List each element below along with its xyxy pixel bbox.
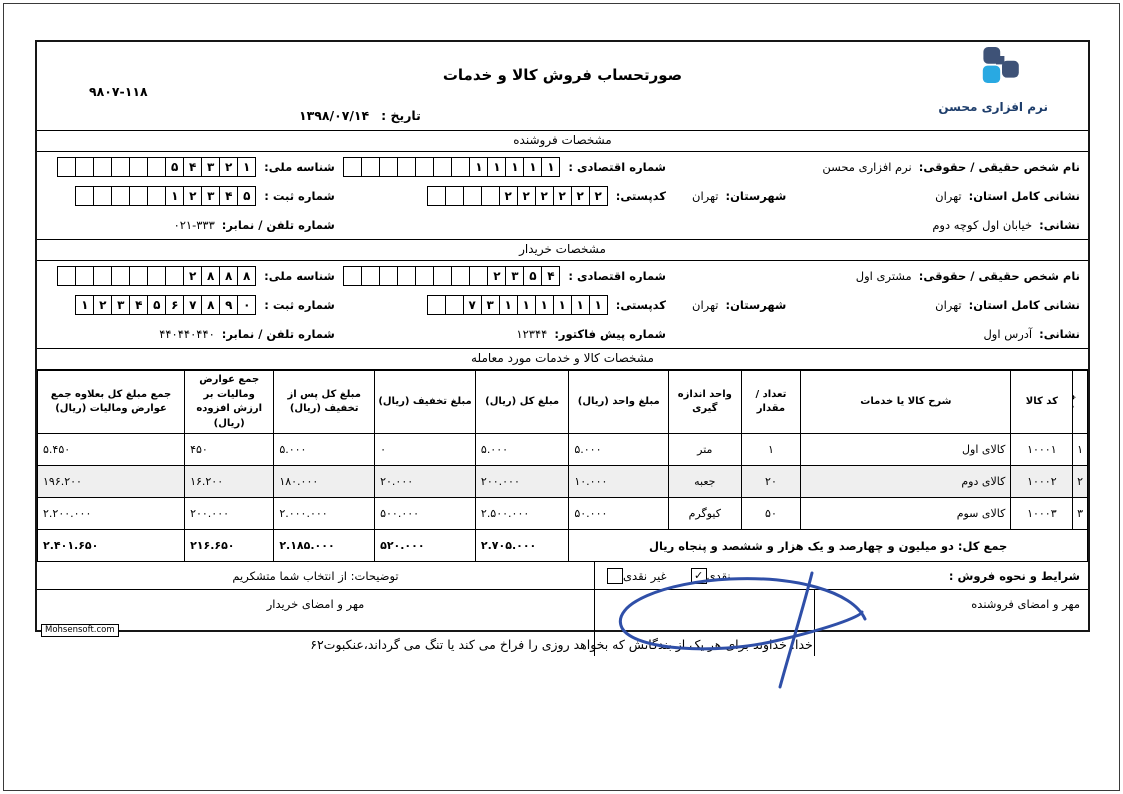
seller-county-value: تهران <box>692 189 719 203</box>
item-cell: ۴۵۰ <box>185 434 274 466</box>
notes-text: توضیحات: از انتخاب شما متشکریم <box>37 569 594 583</box>
digit-box: ۷ <box>183 295 202 315</box>
item-cell: ۱۸۰.۰۰۰ <box>274 466 375 498</box>
cash-option: نقدی ✓ <box>685 568 731 584</box>
digit-box <box>111 157 130 177</box>
total-cell: ۲.۴۰۱.۶۵۰ <box>38 530 185 562</box>
digit-box: ۷ <box>463 295 482 315</box>
item-cell: متر <box>669 434 741 466</box>
seller-national-id-label: شناسه ملی: <box>264 160 335 174</box>
seller-address-value: خیابان اول کوچه دوم <box>932 218 1032 232</box>
total-cell: ۲۱۶.۶۵۰ <box>185 530 274 562</box>
digit-box: ۲ <box>499 186 518 206</box>
digit-box <box>75 157 94 177</box>
item-cell: ۲ <box>1073 466 1088 498</box>
invoice-page: { "page": { "title": "صورتحساب فروش کالا… <box>0 0 1123 794</box>
digit-box: ۱ <box>571 295 590 315</box>
digit-box <box>415 157 434 177</box>
digit-box: ۱ <box>541 157 560 177</box>
digit-box <box>427 295 446 315</box>
buyer-economic-number-boxes: ۲۳۵۴ <box>343 266 560 286</box>
digit-box <box>93 157 112 177</box>
seller-province-label: نشانی کامل استان: <box>969 189 1080 203</box>
digit-box: ۴ <box>183 157 202 177</box>
items-table-header-row: ردیفکد کالاشرح کالا یا خدماتتعداد /مقدار… <box>38 371 1088 434</box>
digit-box <box>147 186 166 206</box>
seller-phone-value: ۰۲۱-۳۳۳ <box>174 218 215 232</box>
item-cell: ۲۰۰.۰۰۰ <box>475 466 568 498</box>
item-row: ۱۱۰۰۰۱کالای اول۱متر۵.۰۰۰۵.۰۰۰۰۵.۰۰۰۴۵۰۵.… <box>38 434 1088 466</box>
items-column-header: مبلغ واحد (ریال) <box>569 371 669 434</box>
item-cell: ۱۰۰۰۲ <box>1011 466 1073 498</box>
buyer-phone-value: ۴۴۰۴۴۰۴۴۰ <box>159 327 215 341</box>
digit-box <box>57 157 76 177</box>
buyer-province-label: نشانی کامل استان: <box>969 298 1080 312</box>
items-column-header: ردیف <box>1073 371 1088 434</box>
item-cell: ۱۶.۲۰۰ <box>185 466 274 498</box>
digit-box: ۴ <box>541 266 560 286</box>
buyer-postal-code-boxes: ۷۳۱۱۱۱۱۱ <box>427 295 608 315</box>
digit-box: ۱ <box>75 295 94 315</box>
digit-box <box>379 266 398 286</box>
digit-box: ۱ <box>237 157 256 177</box>
digit-box: ۱ <box>589 295 608 315</box>
items-column-header: مبلغ کل پس از تخفیف (ریال) <box>274 371 375 434</box>
item-cell: ۲۰ <box>741 466 801 498</box>
digit-box: ۲ <box>535 186 554 206</box>
digit-box <box>451 157 470 177</box>
items-column-header: جمع عوارض ومالیات بر ارزش افزوده (ریال) <box>185 371 274 434</box>
seller-economic-number-label: شماره اقتصادی : <box>568 160 666 174</box>
seller-name-value: نرم افزاری محسن <box>822 160 911 174</box>
item-cell: ۲.۰۰۰.۰۰۰ <box>274 498 375 530</box>
digit-box <box>427 186 446 206</box>
items-section-title: مشخصات کالا و خدمات مورد معامله <box>37 348 1088 370</box>
digit-box: ۲ <box>93 295 112 315</box>
seller-phone-label: شماره تلفن / نمابر: <box>222 218 335 232</box>
digit-box: ۸ <box>201 295 220 315</box>
digit-box <box>111 186 130 206</box>
digit-box: ۸ <box>201 266 220 286</box>
buyer-national-id-label: شناسه ملی: <box>264 269 335 283</box>
cash-option-label: نقدی <box>707 569 731 583</box>
digit-box: ۲ <box>487 266 506 286</box>
item-cell: ۵.۰۰۰ <box>569 434 669 466</box>
buyer-name-label: نام شخص حقیقی / حقوقی: <box>919 269 1080 283</box>
item-cell: ۲۰.۰۰۰ <box>375 466 476 498</box>
terms-row: شرایط و نحوه فروش : نقدی ✓ غیر نقدی توضی… <box>37 562 1088 589</box>
digit-box: ۵ <box>165 157 184 177</box>
items-column-header: مبلغ کل (ریال) <box>475 371 568 434</box>
digit-box: ۱ <box>499 295 518 315</box>
seller-postal-code-label: کدپستی: <box>616 189 666 203</box>
digit-box <box>463 186 482 206</box>
buyer-province-value: تهران <box>935 298 962 312</box>
digit-box: ۵ <box>237 186 256 206</box>
digit-box <box>343 157 362 177</box>
digit-box: ۵ <box>523 266 542 286</box>
digit-box: ۲ <box>571 186 590 206</box>
item-row: ۲۱۰۰۰۲کالای دوم۲۰جعبه۱۰.۰۰۰۲۰۰.۰۰۰۲۰.۰۰۰… <box>38 466 1088 498</box>
total-cell: ۲.۷۰۵.۰۰۰ <box>475 530 568 562</box>
digit-box: ۴ <box>129 295 148 315</box>
digit-box: ۶ <box>165 295 184 315</box>
digit-box <box>129 157 148 177</box>
totals-row: جمع کل: دو میلیون و چهارصد و یک هزار و ش… <box>38 530 1088 562</box>
buyer-postal-code-label: کدپستی: <box>616 298 666 312</box>
digit-box: ۲ <box>219 157 238 177</box>
proforma-number-value: ۱۲۳۴۴ <box>516 327 547 341</box>
seller-economic-number-boxes: ۱۱۱۱۱ <box>343 157 560 177</box>
digit-box <box>433 157 452 177</box>
item-cell: کیوگرم <box>669 498 741 530</box>
date-label: تاریخ : <box>381 108 421 123</box>
digit-box <box>469 266 488 286</box>
item-cell: ۱۹۶.۲۰۰ <box>38 466 185 498</box>
digit-box: ۲ <box>183 266 202 286</box>
digit-box: ۳ <box>201 186 220 206</box>
digit-box <box>397 266 416 286</box>
digit-box <box>93 266 112 286</box>
digit-box <box>415 266 434 286</box>
seller-name-label: نام شخص حقیقی / حقوقی: <box>919 160 1080 174</box>
digit-box <box>481 186 500 206</box>
buyer-phone-label: شماره تلفن / نمابر: <box>222 327 335 341</box>
digit-box: ۱ <box>165 186 184 206</box>
digit-box: ۳ <box>201 157 220 177</box>
digit-box <box>433 266 452 286</box>
invoice-header: نرم افزاری محسن صورتحساب فروش کالا و خدم… <box>37 42 1088 130</box>
buyer-county-value: تهران <box>692 298 719 312</box>
buyer-registration-number-boxes: ۱۲۳۴۵۶۷۸۹۰ <box>75 295 256 315</box>
buyer-address-value: آدرس اول <box>983 327 1032 341</box>
item-cell: ۱۰۰۰۱ <box>1011 434 1073 466</box>
digit-box <box>445 295 464 315</box>
digit-box: ۱ <box>487 157 506 177</box>
seller-section-title: مشخصات فروشنده <box>37 130 1088 152</box>
item-cell: ۰ <box>375 434 476 466</box>
seller-postal-code-boxes: ۲۲۲۲۲۲ <box>427 186 608 206</box>
items-column-header: جمع مبلغ کل بعلاوه جمع عوارض ومالیات (ری… <box>38 371 185 434</box>
item-cell: ۱۰۰۰۳ <box>1011 498 1073 530</box>
digit-box <box>379 157 398 177</box>
seller-registration-number-boxes: ۱۲۳۴۵ <box>75 186 256 206</box>
cash-checkbox[interactable]: ✓ <box>691 568 707 584</box>
invoice-document: نرم افزاری محسن صورتحساب فروش کالا و خدم… <box>35 40 1090 632</box>
noncash-option: غیر نقدی <box>601 568 667 584</box>
item-cell: ۵.۰۰۰ <box>475 434 568 466</box>
buyer-section-title: مشخصات خریدار <box>37 239 1088 261</box>
logo-brand-text: نرم افزاری محسن <box>944 100 1048 114</box>
buyer-section: نام شخص حقیقی / حقوقی: مشتری اول شماره ا… <box>37 261 1088 348</box>
terms-label: شرایط و نحوه فروش : <box>949 569 1080 583</box>
digit-box: ۳ <box>505 266 524 286</box>
date-value: ۱۳۹۸/۰۷/۱۴ <box>299 108 369 123</box>
total-in-words: جمع کل: دو میلیون و چهارصد و یک هزار و ش… <box>569 530 1088 562</box>
digit-box: ۸ <box>219 266 238 286</box>
item-cell: ۱۰.۰۰۰ <box>569 466 669 498</box>
digit-box: ۹ <box>219 295 238 315</box>
digit-box: ۳ <box>481 295 500 315</box>
item-cell: کالای دوم <box>801 466 1011 498</box>
digit-box: ۲ <box>553 186 572 206</box>
buyer-registration-number-label: شماره ثبت : <box>264 298 335 312</box>
item-cell: ۵۰ <box>741 498 801 530</box>
items-column-header: کد کالا <box>1011 371 1073 434</box>
digit-box <box>361 157 380 177</box>
item-cell: کالای اول <box>801 434 1011 466</box>
digit-box <box>147 266 166 286</box>
terms-cell: شرایط و نحوه فروش : نقدی ✓ غیر نقدی <box>594 562 1088 589</box>
digit-box <box>397 157 416 177</box>
item-cell: ۱ <box>741 434 801 466</box>
digit-box: ۱ <box>553 295 572 315</box>
invoice-date: تاریخ : ۱۳۹۸/۰۷/۱۴ <box>299 108 421 123</box>
buyer-address-label: نشانی: <box>1039 327 1080 341</box>
digit-box: ۱ <box>523 157 542 177</box>
digit-box: ۰ <box>237 295 256 315</box>
digit-box: ۱ <box>535 295 554 315</box>
item-cell: ۵.۰۰۰ <box>274 434 375 466</box>
digit-box: ۵ <box>147 295 166 315</box>
digit-box: ۱ <box>517 295 536 315</box>
seller-county-label: شهرستان: <box>726 189 787 203</box>
item-cell: ۲۰۰.۰۰۰ <box>185 498 274 530</box>
digit-box <box>57 266 76 286</box>
item-cell: ۳ <box>1073 498 1088 530</box>
digit-box: ۸ <box>237 266 256 286</box>
digit-box: ۲ <box>589 186 608 206</box>
items-table: ردیفکد کالاشرح کالا یا خدماتتعداد /مقدار… <box>37 370 1088 562</box>
digit-box <box>129 266 148 286</box>
seller-address-label: نشانی: <box>1039 218 1080 232</box>
invoice-title: صورتحساب فروش کالا و خدمات <box>37 66 1088 84</box>
buyer-national-id-boxes: ۲۸۸۸ <box>57 266 256 286</box>
digit-box <box>75 186 94 206</box>
digit-box: ۱ <box>505 157 524 177</box>
item-cell: ۱ <box>1073 434 1088 466</box>
items-column-header: مبلغ تخفیف (ریال) <box>375 371 476 434</box>
item-cell: ۵۰.۰۰۰ <box>569 498 669 530</box>
website-watermark: Mohsensoft.com <box>41 624 119 637</box>
digit-box: ۴ <box>219 186 238 206</box>
digit-box: ۱ <box>469 157 488 177</box>
footer-quote: خدا: خداوند برای هر یک از بندگانش که بخو… <box>0 637 1123 652</box>
seller-registration-number-label: شماره ثبت : <box>264 189 335 203</box>
seller-section: نام شخص حقیقی / حقوقی: نرم افزاری محسن ش… <box>37 152 1088 239</box>
digit-box <box>445 186 464 206</box>
digit-box: ۲ <box>517 186 536 206</box>
item-cell: ۵۰۰.۰۰۰ <box>375 498 476 530</box>
digit-box <box>75 266 94 286</box>
buyer-county-label: شهرستان: <box>726 298 787 312</box>
digit-box <box>361 266 380 286</box>
total-cell: ۲.۱۸۵.۰۰۰ <box>274 530 375 562</box>
digit-box <box>343 266 362 286</box>
item-row: ۳۱۰۰۰۳کالای سوم۵۰کیوگرم۵۰.۰۰۰۲.۵۰۰.۰۰۰۵۰… <box>38 498 1088 530</box>
noncash-checkbox[interactable] <box>607 568 623 584</box>
digit-box <box>111 266 130 286</box>
digit-box <box>451 266 470 286</box>
seller-province-value: تهران <box>935 189 962 203</box>
item-cell: ۲.۲۰۰.۰۰۰ <box>38 498 185 530</box>
digit-box: ۲ <box>183 186 202 206</box>
noncash-option-label: غیر نقدی <box>623 569 667 583</box>
item-cell: کالای سوم <box>801 498 1011 530</box>
item-cell: ۲.۵۰۰.۰۰۰ <box>475 498 568 530</box>
digit-box: ۳ <box>111 295 130 315</box>
buyer-name-value: مشتری اول <box>856 269 912 283</box>
items-column-header: تعداد /مقدار <box>741 371 801 434</box>
buyer-economic-number-label: شماره اقتصادی : <box>568 269 666 283</box>
seller-national-id-boxes: ۵۴۳۲۱ <box>57 157 256 177</box>
total-cell: ۵۲۰.۰۰۰ <box>375 530 476 562</box>
digit-box <box>165 266 184 286</box>
invoice-number: ۹۸۰۷-۱۱۸ <box>89 84 148 99</box>
digit-box <box>93 186 112 206</box>
digit-box <box>147 157 166 177</box>
item-cell: جعبه <box>669 466 741 498</box>
digit-box <box>129 186 148 206</box>
items-column-header: واحد اندازه گیری <box>669 371 741 434</box>
item-cell: ۵.۴۵۰ <box>38 434 185 466</box>
items-column-header: شرح کالا یا خدمات <box>801 371 1011 434</box>
proforma-number-label: شماره پیش فاکتور: <box>554 327 666 341</box>
